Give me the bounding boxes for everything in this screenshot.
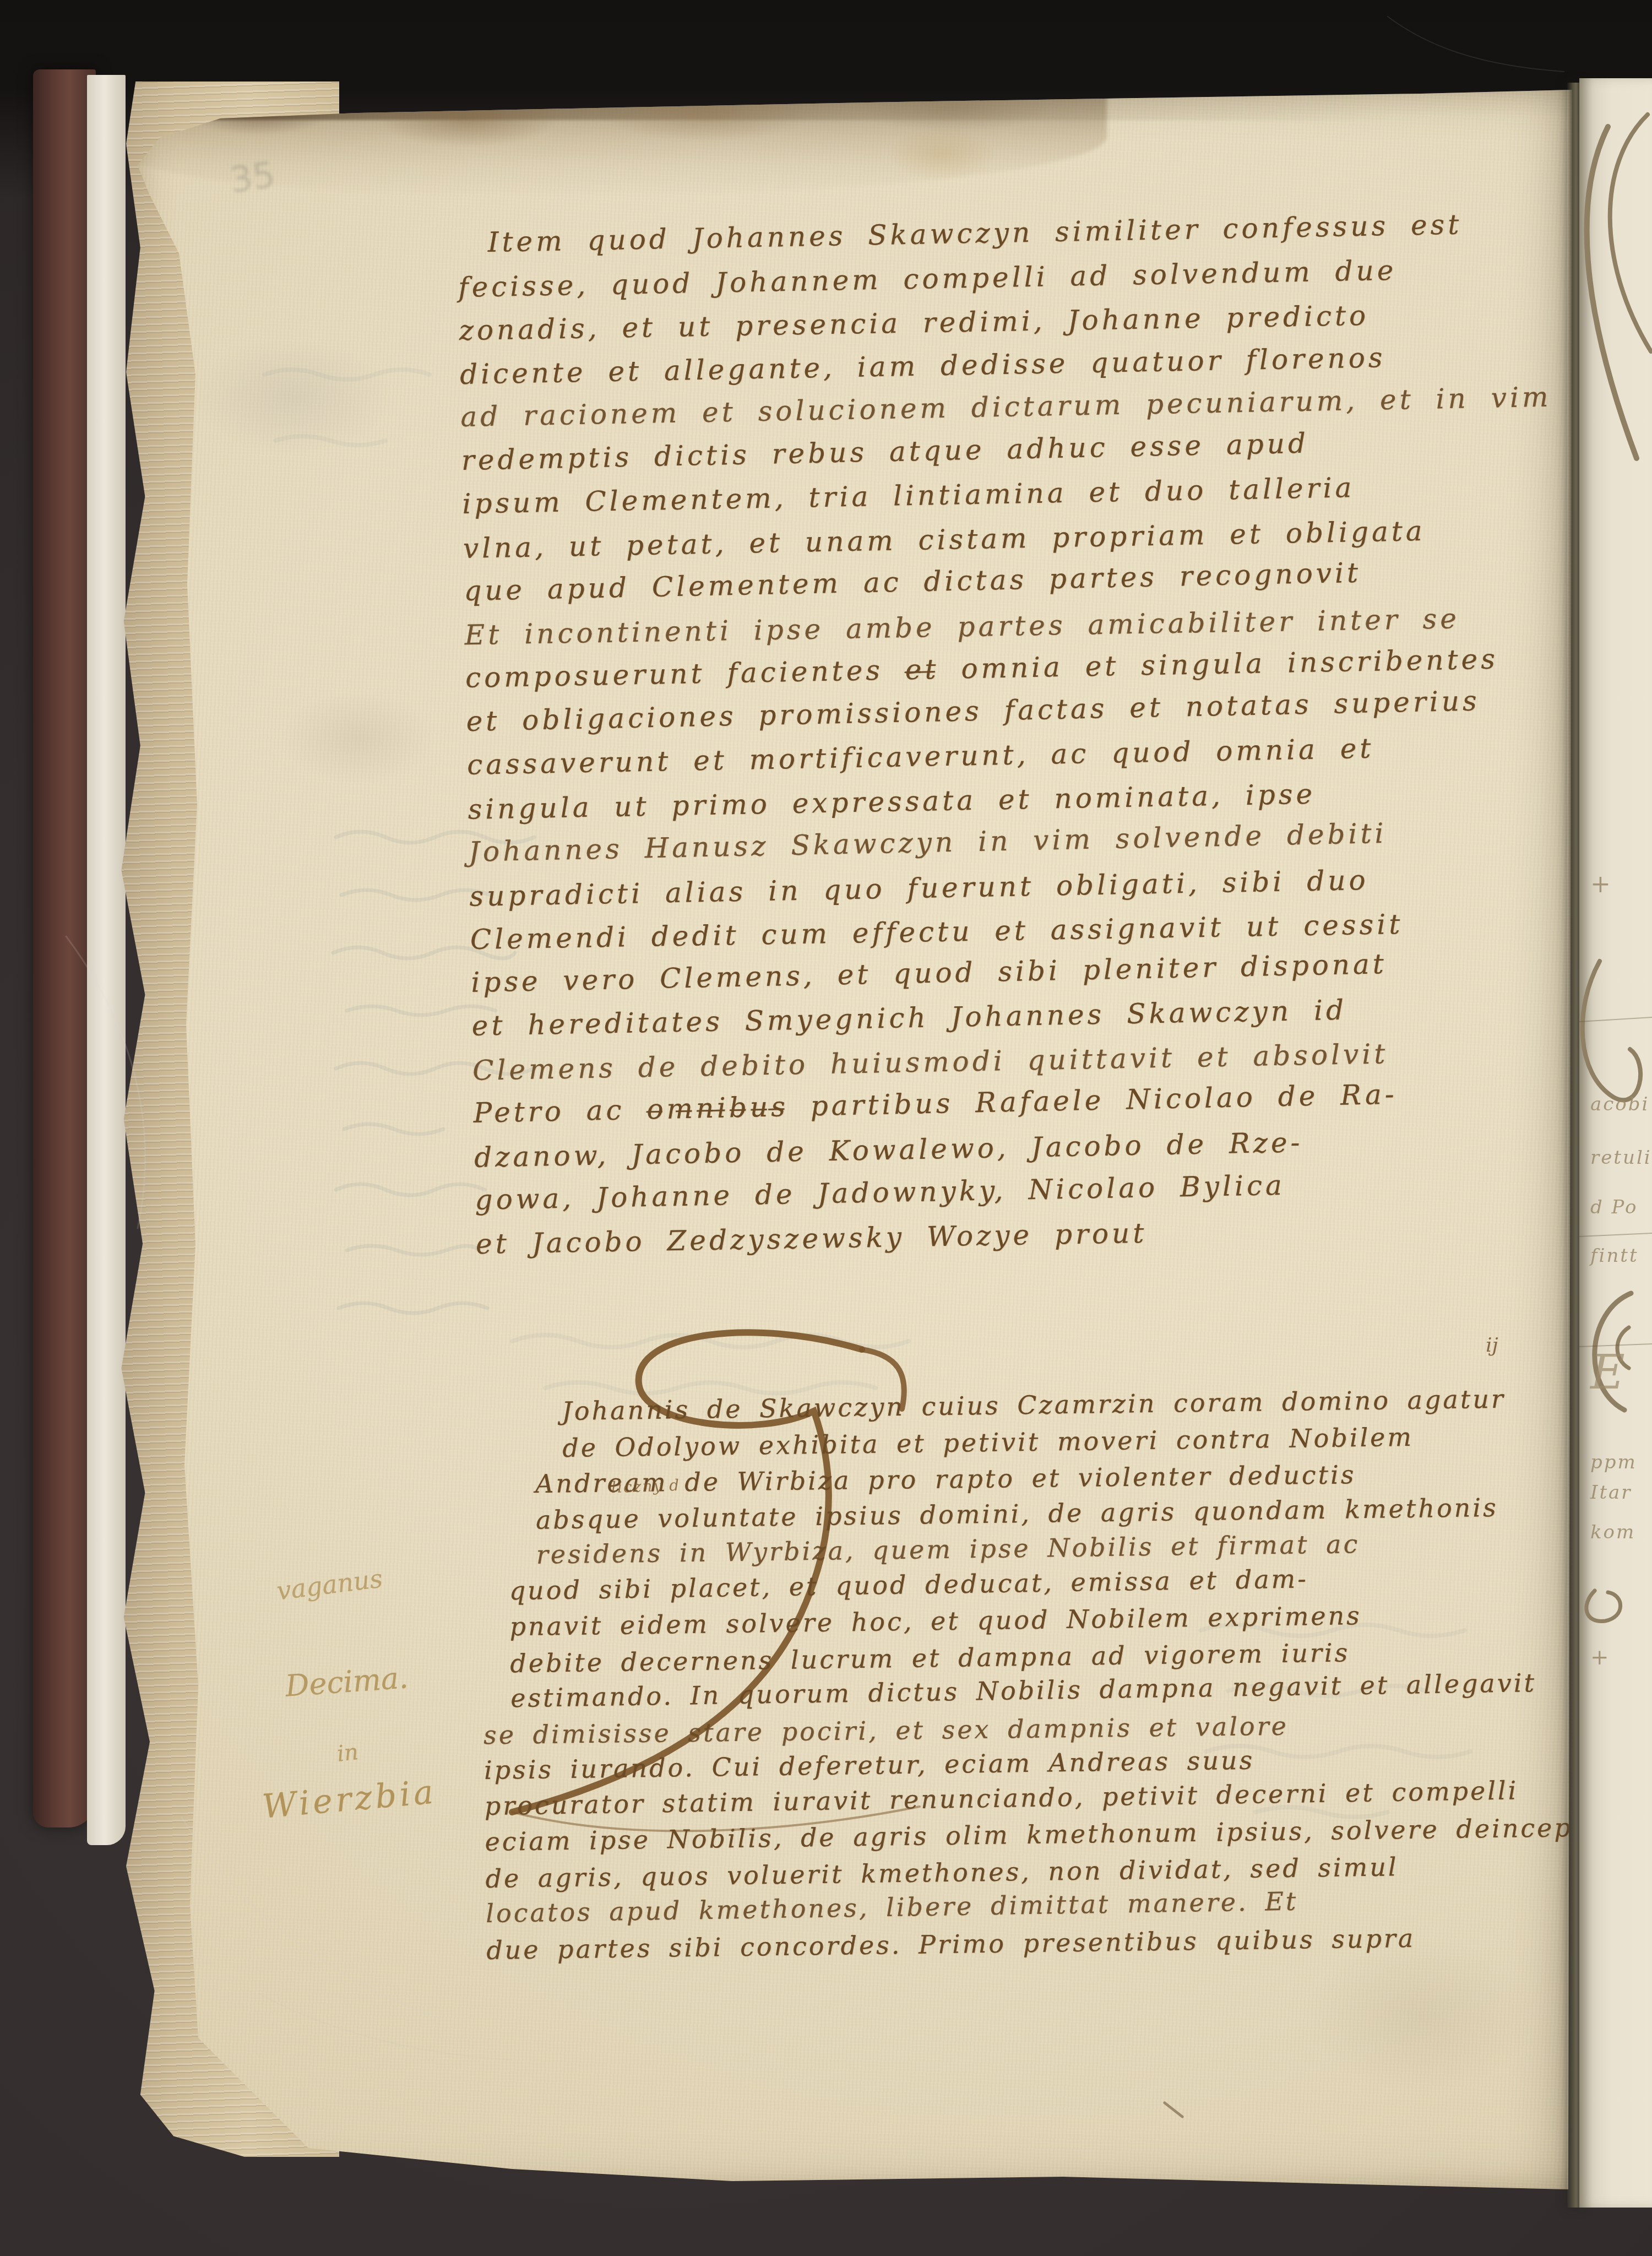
manuscript-photo-stage: 35 (0, 0, 1652, 2256)
entry-2-text: Johannis de Skawczyn cuius Czamrzin cora… (479, 1380, 1572, 1967)
margin-note-line: Decima. (284, 1660, 409, 1703)
facing-text-fragment: acobi d (1590, 1093, 1652, 1115)
facing-text-fragment: retulit (1590, 1147, 1652, 1169)
book-cover-edge (33, 69, 96, 1827)
facing-text-fragment: + (1590, 1645, 1611, 1670)
pastedown-strip (87, 75, 126, 1845)
facing-text-fragment: Itar (1590, 1482, 1632, 1504)
facing-text-fragment: fintt (1590, 1245, 1639, 1267)
facing-text-fragment: E (1590, 1345, 1627, 1400)
manuscript-page: 35 (127, 88, 1572, 2200)
margin-note-line: Wierzbia (261, 1772, 438, 1826)
interlinear-insertion: liczny d (611, 1476, 680, 1496)
margin-note-line: in (336, 1739, 360, 1767)
right-margin-mark: ij (1486, 1334, 1498, 1357)
facing-text-fragment: d Po (1590, 1196, 1638, 1218)
facing-text-fragment: + (1590, 870, 1612, 898)
handwriting-layer: Item quod Johannes Skawczyn similiter co… (127, 88, 1572, 2200)
facing-page-edge: + acobi d retulit d Po fintt E ppm Itar … (1579, 78, 1652, 2208)
margin-note-line: vaganus (275, 1563, 384, 1606)
facing-page-flourishes (1579, 78, 1652, 2208)
entry-1-text: Item quod Johannes Skawczyn similiter co… (457, 202, 1567, 1266)
facing-text-fragment: kom (1590, 1521, 1635, 1543)
facing-text-fragment: ppm (1590, 1451, 1637, 1473)
